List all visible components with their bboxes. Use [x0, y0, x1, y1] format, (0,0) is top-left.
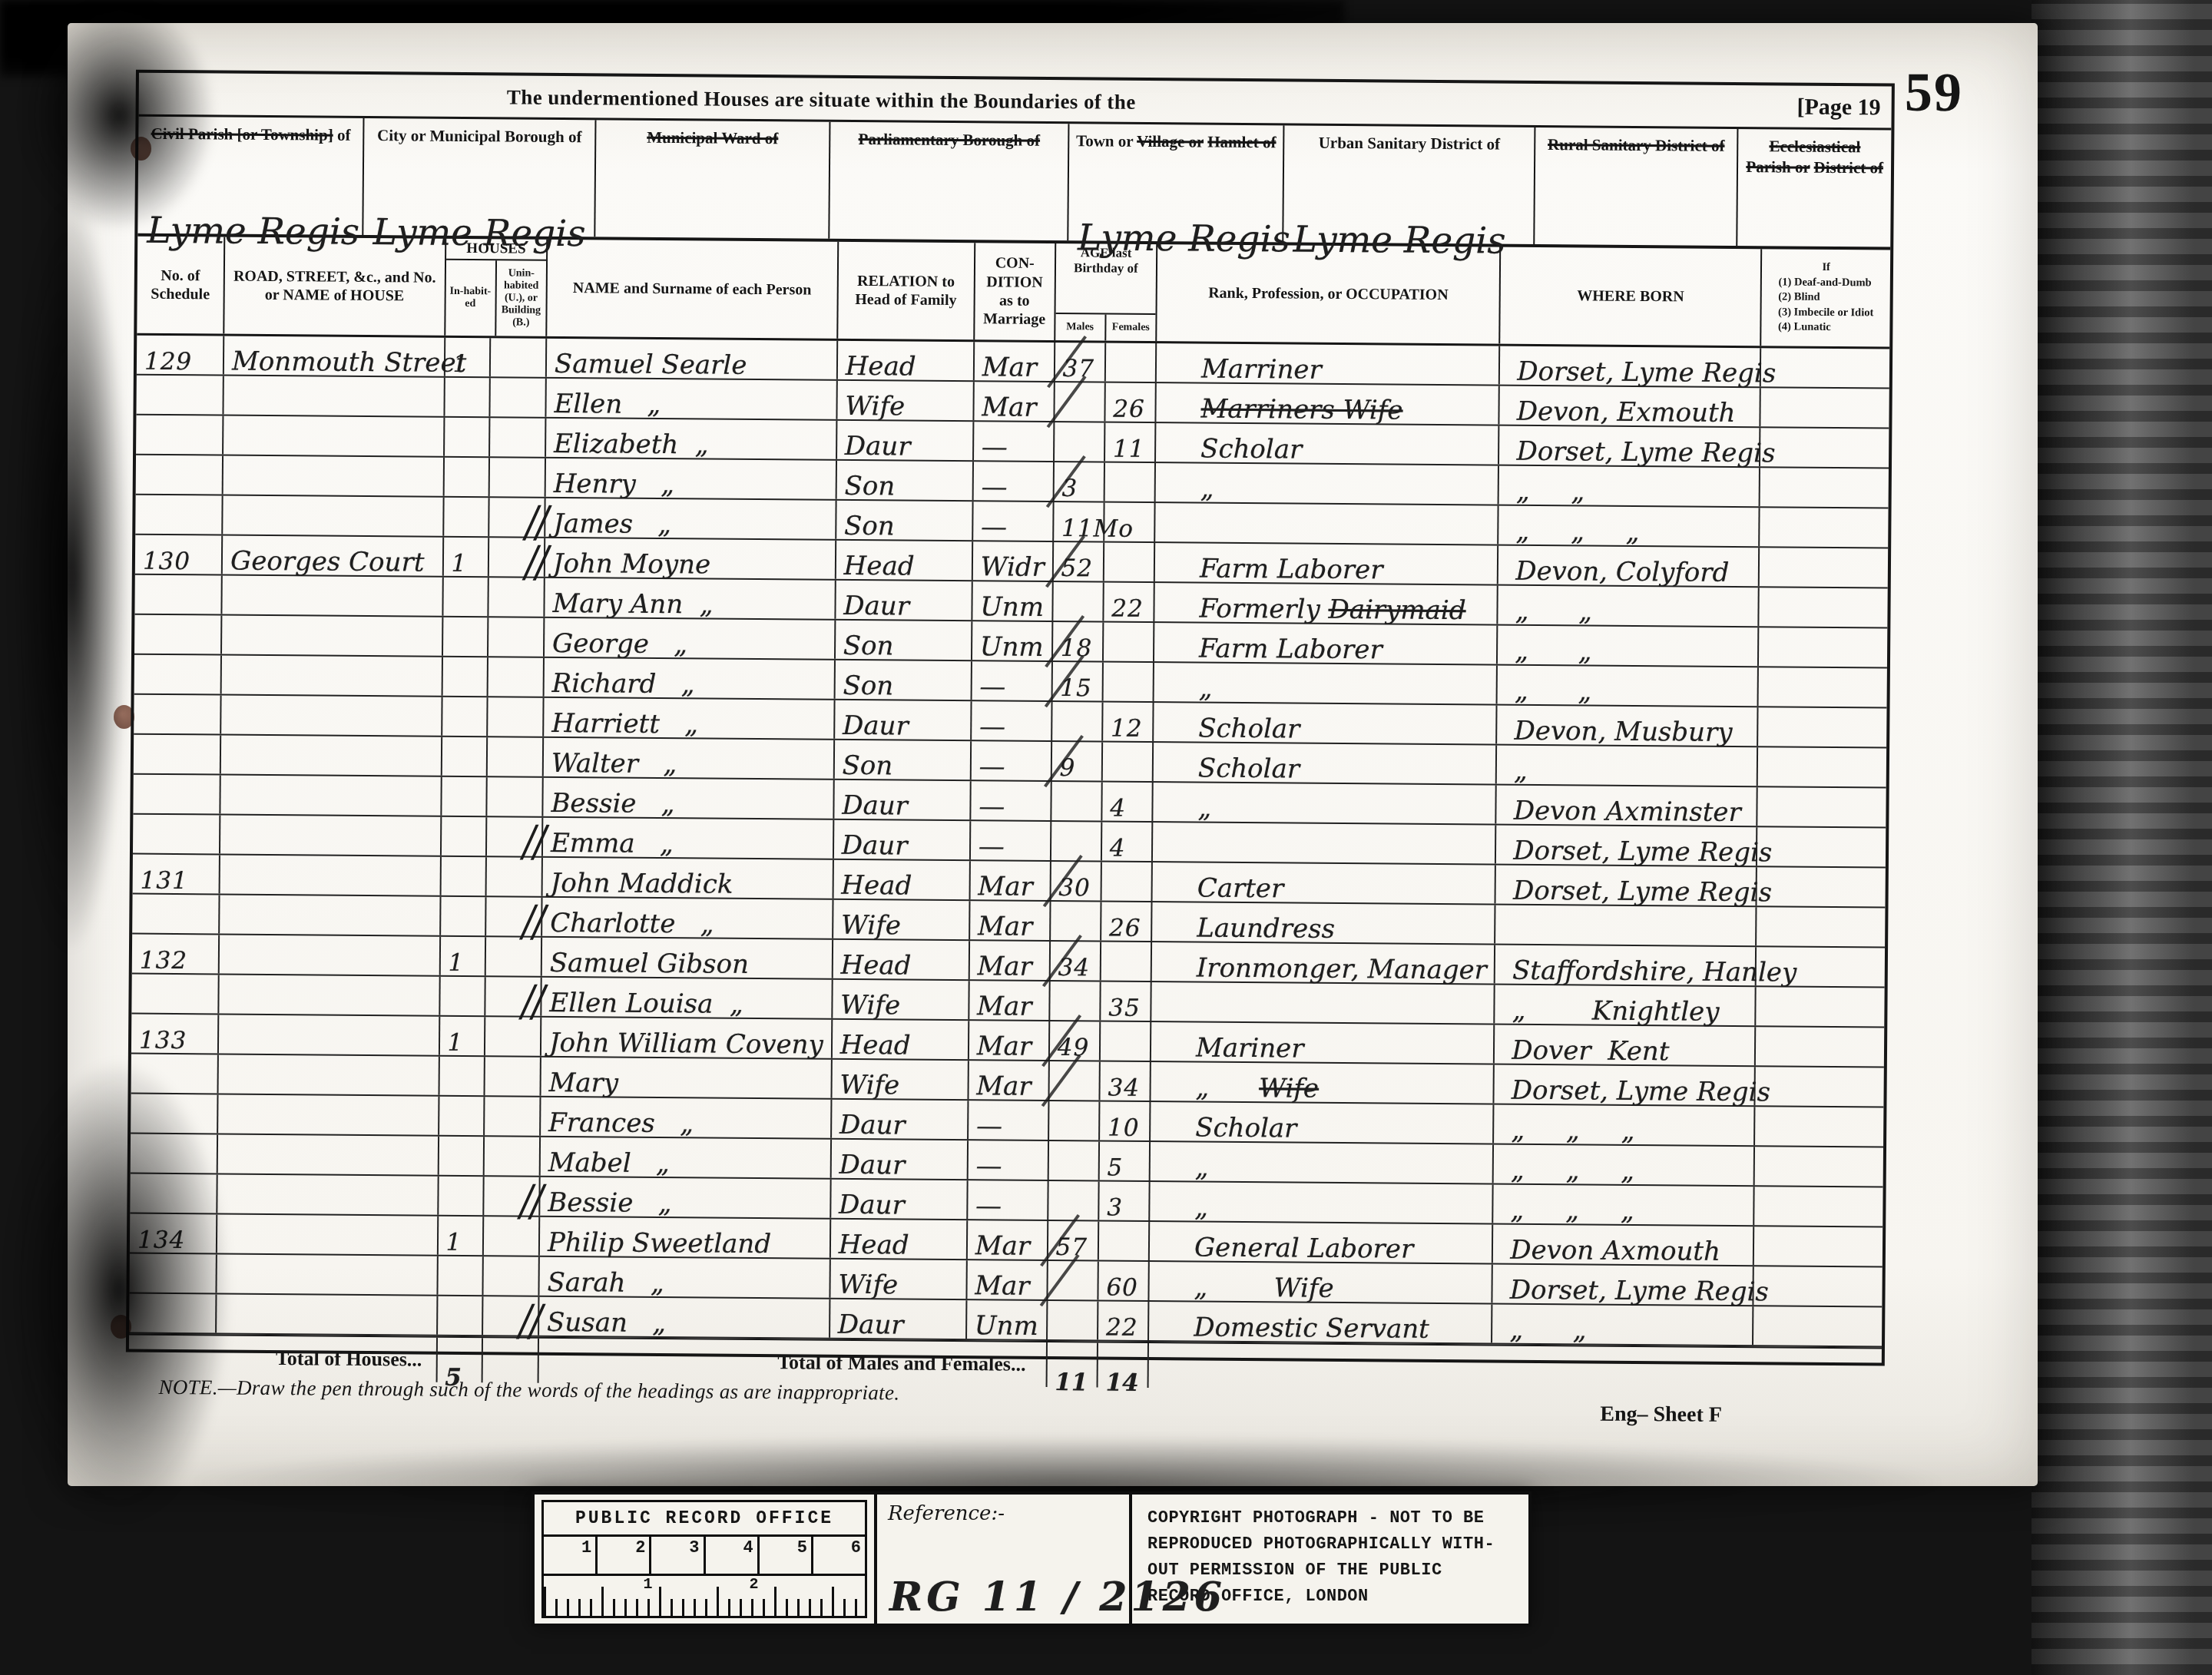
where-born-cell: „ „ „: [1499, 506, 1760, 547]
road-cell: [223, 496, 444, 536]
age-males-cell: 57: [1048, 1221, 1100, 1260]
road-cell: [220, 816, 442, 856]
uninhabited-cell: [490, 418, 546, 457]
age-females-cell: [1103, 743, 1154, 782]
infirmity-cell: [1755, 1187, 1883, 1226]
age-males-cell: [1052, 702, 1104, 741]
age-females-cell: [1104, 543, 1156, 582]
where-born-cell: „ Knightley: [1495, 985, 1757, 1026]
schedule-cell: 132: [132, 935, 220, 974]
condition-cell: —: [972, 701, 1052, 740]
relation-cell: Head: [833, 1020, 969, 1059]
header-inhabited: In-habit-ed: [445, 260, 497, 336]
boundary-value: Lyme Regis: [1078, 217, 1290, 260]
name-cell: Ellen „: [546, 379, 837, 419]
relation-cell: Son: [835, 660, 972, 700]
age-females-cell: [1104, 463, 1156, 502]
uninhabited-cell: [490, 458, 546, 497]
relation-cell: Wife: [830, 1260, 967, 1299]
age-females-cell: [1101, 942, 1153, 981]
name-cell: Bessie „: [543, 778, 834, 819]
age-females-cell: [1103, 663, 1154, 702]
road-cell: [220, 776, 442, 816]
infirmity-cell: [1759, 627, 1887, 667]
age-males-cell: 34: [1050, 942, 1101, 981]
age-males-cell: [1055, 382, 1106, 422]
where-born-cell: Dorset, Lyme Regis: [1496, 866, 1757, 906]
relation-cell: Daur: [831, 1140, 968, 1179]
condition-cell: Mar: [967, 1260, 1048, 1299]
occupation-cell: Marriner: [1157, 343, 1501, 385]
relation-cell: Wife: [837, 381, 974, 420]
inhabited-cell: [438, 1256, 484, 1295]
total-males-value: 11: [1055, 1372, 1088, 1395]
occupation-cell: „: [1150, 1182, 1494, 1223]
name-cell: George „: [545, 618, 836, 659]
age-males-cell: [1050, 981, 1101, 1021]
age-males-cell: 49: [1050, 1021, 1101, 1061]
occupation-cell: „: [1153, 783, 1497, 824]
where-born-cell: „: [1497, 746, 1758, 786]
inhabited-cell: [443, 578, 489, 616]
header-infirmity: If(1) Deaf-and-Dumb(2) Blind(3) Imbecile…: [1762, 249, 1891, 346]
occupation-cell: [1155, 503, 1499, 545]
schedule-cell: 133: [131, 1015, 219, 1054]
age-males-cell: [1048, 1141, 1100, 1180]
age-males-cell: 15: [1052, 662, 1104, 701]
condition-cell: —: [969, 1101, 1049, 1140]
inhabited-cell: [441, 857, 487, 895]
reference-value: RG 11 / 2126: [889, 1574, 1226, 1620]
uninhabited-cell: [491, 338, 547, 377]
relation-cell: Daur: [830, 1299, 967, 1339]
name-cell: James „: [545, 498, 836, 539]
condition-cell: —: [972, 741, 1052, 780]
uninhabited-cell: [485, 1017, 541, 1056]
road-cell: [219, 975, 440, 1015]
pro-scale-number: 5: [760, 1537, 813, 1574]
relation-cell: Daur: [832, 1100, 969, 1139]
condition-cell: —: [974, 422, 1055, 461]
relation-cell: Son: [836, 621, 972, 660]
pro-scale-cells: 123456: [544, 1537, 865, 1576]
infirmity-cell: [1757, 827, 1886, 866]
infirmity-cell: [1759, 667, 1887, 707]
boundary-label: Parliamentary Borough of: [831, 129, 1068, 152]
scan-blot: [14, 200, 129, 952]
age-females-cell: 35: [1101, 982, 1152, 1021]
census-table: The undermentioned Houses are situate wi…: [126, 70, 1895, 1366]
road-cell: Georges Court: [223, 536, 444, 576]
where-born-cell: Devon, Exmouth: [1500, 386, 1761, 427]
where-born-cell: Devon, Colyford: [1498, 546, 1760, 587]
pro-scale-number: 1: [544, 1537, 598, 1574]
relation-cell: Head: [838, 341, 975, 380]
age-males-cell: 30: [1051, 862, 1102, 901]
occupation-cell: Farm Laborer: [1154, 623, 1498, 664]
road-cell: [217, 1215, 439, 1255]
relation-cell: Head: [831, 1220, 968, 1259]
name-cell: Walter „: [544, 738, 835, 779]
name-cell: Samuel Gibson: [542, 938, 833, 978]
infirmity-cell: [1758, 747, 1886, 786]
age-females-cell: 5: [1100, 1142, 1151, 1181]
condition-cell: —: [968, 1140, 1048, 1180]
infirmity-cell: [1757, 947, 1885, 986]
age-females-cell: 11: [1105, 423, 1157, 462]
boundary-column-4: Parliamentary Borough of: [830, 122, 1070, 240]
where-born-cell: Dorset, Lyme Regis: [1499, 426, 1760, 467]
inhabited-cell: 1: [440, 937, 486, 975]
pro-scale-number: 3: [651, 1537, 705, 1574]
condition-cell: —: [971, 781, 1051, 820]
age-females-cell: 4: [1102, 823, 1154, 862]
schedule-cell: [136, 376, 224, 415]
occupation-cell: Scholar: [1156, 423, 1500, 465]
relation-cell: Wife: [833, 900, 970, 939]
pro-scale-number: 6: [813, 1537, 865, 1574]
condition-cell: Unm: [972, 621, 1053, 660]
name-cell: Ellen Louisa „: [541, 978, 833, 1018]
age-females-cell: 22: [1104, 583, 1155, 622]
infirmity-cell: [1756, 1027, 1884, 1066]
age-females-cell: 10: [1100, 1102, 1151, 1141]
inhabited-cell: [442, 777, 488, 816]
age-males-cell: [1051, 782, 1103, 821]
uninhabited-cell: [488, 657, 545, 697]
condition-cell: Mar: [968, 1220, 1048, 1260]
inhabited-cell: [439, 1177, 485, 1215]
schedule-cell: 130: [135, 535, 223, 574]
boundary-label: Ecclesiastical Parish or District of: [1738, 136, 1891, 179]
schedule-cell: [133, 775, 220, 814]
occupation-cell: „: [1156, 463, 1500, 505]
name-cell: Mary Ann „: [545, 578, 836, 619]
infirmity-cell: [1760, 428, 1889, 467]
where-born-cell: „ „: [1498, 666, 1759, 707]
inhabited-cell: [443, 617, 489, 656]
schedule-cell: 129: [137, 336, 224, 375]
inhabited-cell: [439, 1057, 485, 1095]
where-born-cell: Dover Kent: [1495, 1025, 1756, 1066]
schedule-cell: 131: [133, 855, 220, 894]
where-born-cell: Dorset, Lyme Regis: [1500, 346, 1761, 387]
condition-cell: Mar: [975, 342, 1055, 381]
uninhabited-cell: [488, 697, 544, 737]
pro-office-name: PUBLIC RECORD OFFICE: [544, 1502, 865, 1537]
inhabited-cell: 1: [445, 338, 491, 376]
schedule-cell: [134, 735, 221, 774]
inhabited-cell: [441, 897, 487, 935]
condition-cell: Mar: [969, 1061, 1049, 1100]
pro-stamp: PUBLIC RECORD OFFICE 123456 1 2 Referenc…: [531, 1491, 1532, 1627]
relation-cell: Son: [835, 740, 972, 780]
condition-cell: Unm: [972, 581, 1053, 621]
age-females-cell: [1099, 1222, 1151, 1261]
occupation-cell: Formerly Dairymaid: [1154, 583, 1498, 624]
condition-cell: —: [973, 502, 1054, 541]
reference-label: Reference:-: [888, 1502, 1118, 1525]
boundary-column-7: Rural Sanitary District of: [1535, 127, 1739, 246]
road-cell: [221, 736, 442, 776]
where-born-cell: [1495, 905, 1757, 946]
boundary-value: Lyme Regis: [373, 211, 585, 255]
road-cell: [223, 576, 444, 616]
boundary-value: Lyme Regis: [1293, 218, 1505, 262]
occupation-cell: Marriners Wife: [1156, 383, 1500, 425]
infirmity-cell: [1761, 348, 1889, 387]
age-males-cell: 11Mo: [1054, 502, 1105, 541]
occupation-cell: [1153, 823, 1497, 864]
age-females-cell: 60: [1098, 1262, 1150, 1301]
boundary-column-3: Municipal Ward of: [595, 120, 831, 238]
infirmity-cell: [1756, 1067, 1884, 1106]
road-cell: [220, 895, 441, 935]
total-uninhabited-cell: [483, 1338, 539, 1383]
name-cell: Emma „: [543, 818, 834, 859]
name-cell: Harriett „: [544, 698, 835, 739]
inhabited-cell: [444, 458, 490, 496]
copyright-line: COPYRIGHT PHOTOGRAPH - NOT TO BE: [1147, 1508, 1484, 1528]
header-males: Males: [1055, 314, 1106, 341]
name-cell: John Moyne: [545, 538, 836, 579]
occupation-cell: Mariner: [1151, 1022, 1495, 1064]
infirmity-cell: [1760, 468, 1889, 507]
pro-ruler-ticks: 1 2: [544, 1576, 865, 1616]
inhabited-cell: [442, 817, 488, 856]
table-body: 129Monmouth Street1Samuel SearleHeadMar3…: [129, 336, 1889, 1348]
inhabited-cell: [442, 697, 488, 736]
condition-cell: —: [968, 1180, 1048, 1220]
condition-cell: Mar: [969, 981, 1050, 1020]
relation-cell: Wife: [833, 980, 969, 1019]
condition-cell: Mar: [970, 861, 1051, 900]
age-males-cell: 3: [1054, 462, 1105, 502]
infirmity-cell: [1757, 987, 1885, 1026]
condition-cell: Mar: [970, 901, 1051, 940]
schedule-cell: [134, 615, 222, 654]
header-infirmity-lines: If(1) Deaf-and-Dumb(2) Blind(3) Imbecile…: [1778, 260, 1874, 336]
inhabited-cell: 1: [439, 1217, 485, 1255]
total-females-value: 14: [1105, 1372, 1138, 1395]
occupation-cell: „ Wife: [1150, 1262, 1494, 1303]
total-houses-cell: 5: [437, 1338, 483, 1382]
age-females-cell: [1101, 862, 1153, 902]
relation-cell: Son: [836, 501, 973, 540]
schedule-cell: [131, 975, 219, 1014]
uninhabited-cell: [484, 1217, 540, 1256]
infirmity-cell: [1758, 707, 1886, 746]
age-females-cell: [1101, 1022, 1152, 1061]
schedule-cell: [134, 695, 221, 734]
road-cell: [217, 1295, 438, 1335]
schedule-cell: [134, 655, 222, 694]
census-paper-sheet: 59 The undermentioned Houses are situate…: [68, 23, 2038, 1486]
age-females-cell: 26: [1101, 902, 1153, 942]
road-cell: [218, 1095, 439, 1135]
road-cell: [222, 616, 443, 656]
relation-cell: Daur: [837, 421, 974, 460]
where-born-cell: „ „: [1492, 1305, 1753, 1346]
age-males-cell: [1053, 582, 1104, 621]
age-females-cell: [1104, 503, 1156, 542]
relation-cell: Head: [833, 940, 969, 979]
schedule-cell: [136, 455, 224, 495]
infirmity-cell: [1754, 1226, 1883, 1266]
uninhabited-cell: [487, 857, 543, 896]
road-cell: [220, 856, 442, 895]
road-cell: [217, 1255, 439, 1295]
age-males-cell: [1048, 1301, 1099, 1340]
schedule-cell: [132, 895, 220, 934]
schedule-cell: [133, 815, 220, 854]
name-cell: Mabel „: [541, 1137, 832, 1178]
folio-number: 59: [1904, 61, 1963, 125]
where-born-cell: Devon, Musbury: [1497, 706, 1758, 746]
inhabited-cell: [438, 1296, 484, 1335]
age-females-cell: [1106, 343, 1157, 382]
occupation-cell: Scholar: [1151, 1102, 1495, 1144]
condition-cell: Widr: [973, 541, 1054, 581]
uninhabited-cell: [488, 737, 544, 776]
inhabited-cell: [445, 418, 491, 456]
relation-cell: Daur: [835, 700, 972, 740]
relation-cell: Daur: [836, 581, 972, 620]
infirmity-cell: [1760, 548, 1888, 587]
occupation-cell: Scholar: [1154, 703, 1498, 744]
pro-scale-number: 2: [598, 1537, 651, 1574]
age-females-cell: 4: [1102, 783, 1154, 822]
age-females-cell: 34: [1100, 1062, 1151, 1101]
boundary-column-6: Urban Sanitary District ofLyme Regis: [1284, 125, 1535, 244]
road-cell: [224, 416, 445, 456]
pro-ruler-box: PUBLIC RECORD OFFICE 123456 1 2: [535, 1495, 877, 1624]
occupation-cell: Ironmonger, Manager: [1152, 942, 1496, 984]
boundary-label: Urban Sanitary District of: [1285, 132, 1535, 155]
total-females-cell: 14: [1098, 1343, 1149, 1389]
sheet-label: Eng– Sheet F: [1600, 1402, 1722, 1428]
uninhabited-cell: [485, 1137, 541, 1176]
uninhabited-cell: [483, 1256, 539, 1296]
uninhabited-cell: [485, 1097, 541, 1136]
infirmity-cell: [1760, 588, 1888, 627]
name-cell: Bessie „: [540, 1177, 831, 1218]
condition-cell: Unm: [967, 1300, 1048, 1339]
name-cell: Mary: [541, 1058, 832, 1098]
relation-cell: Daur: [834, 780, 971, 819]
pro-reference-box: Reference:- RG 11 / 2126: [877, 1495, 1132, 1624]
age-males-cell: [1051, 822, 1103, 861]
road-cell: [224, 376, 445, 416]
age-males-cell: [1055, 422, 1106, 462]
age-males-cell: [1049, 1061, 1101, 1101]
schedule-cell: [136, 415, 224, 455]
header-where-born: WHERE BORN: [1501, 247, 1763, 346]
census-scan-page: { "page": { "folio_number": "59", "page_…: [0, 0, 2212, 1675]
name-cell: Frances „: [541, 1097, 832, 1138]
pro-inch-number: 1: [644, 1576, 653, 1594]
condition-cell: Mar: [969, 941, 1050, 980]
inhabited-cell: 1: [440, 1017, 486, 1055]
road-cell: [218, 1135, 439, 1175]
occupation-cell: Laundress: [1152, 902, 1496, 944]
infirmity-cell: [1755, 1107, 1883, 1146]
boundary-column-2: City or Municipal Borough ofLyme Regis: [364, 118, 596, 237]
name-cell: Sarah „: [539, 1257, 830, 1298]
inhabited-cell: [439, 1137, 485, 1175]
relation-cell: Son: [836, 461, 973, 500]
inhabited-cell: 1: [443, 538, 489, 576]
uninhabited-cell: [488, 578, 545, 617]
copyright-line: REPRODUCED PHOTOGRAPHICALLY WITH-: [1147, 1534, 1495, 1554]
total-males-cell: 11: [1047, 1342, 1098, 1388]
boundary-label: Rural Sanitary District of: [1535, 134, 1737, 157]
totals-empty-area: [1149, 1343, 1882, 1393]
age-females-cell: [1104, 623, 1155, 662]
age-males-cell: 52: [1054, 542, 1105, 581]
boundary-column-8: Ecclesiastical Parish or District of: [1738, 129, 1892, 247]
road-cell: [221, 696, 442, 736]
age-females-cell: 22: [1098, 1302, 1150, 1341]
occupation-cell: Farm Laborer: [1155, 543, 1499, 584]
scan-blot: [23, 0, 215, 230]
occupation-cell: Scholar: [1154, 743, 1498, 784]
name-cell: Charlotte „: [542, 898, 833, 938]
road-cell: [224, 456, 445, 496]
header-name: NAME and Surname of each Person: [547, 240, 839, 339]
age-females-cell: 12: [1103, 703, 1154, 742]
infirmity-cell: [1761, 388, 1889, 427]
age-females-cell: 26: [1105, 383, 1157, 422]
infirmity-cell: [1753, 1306, 1882, 1346]
inhabited-cell: [442, 737, 488, 776]
scan-right-margin: [2032, 0, 2212, 1675]
inhabited-cell: [439, 1097, 485, 1135]
condition-cell: —: [973, 462, 1054, 501]
inhabited-cell: [445, 378, 491, 416]
inhabited-cell: [440, 977, 486, 1015]
infirmity-cell: [1757, 867, 1886, 906]
road-cell: Monmouth Street: [224, 336, 445, 376]
road-cell: [219, 1055, 440, 1095]
infirmity-cell: [1757, 907, 1885, 946]
relation-cell: Daur: [834, 820, 971, 859]
where-born-cell: Dorset, Lyme Regis: [1496, 826, 1757, 866]
condition-cell: Mar: [969, 1021, 1050, 1060]
condition-cell: —: [971, 821, 1051, 860]
uninhabited-cell: [485, 1057, 541, 1096]
age-males-cell: [1048, 1261, 1099, 1300]
occupation-cell: „: [1154, 663, 1498, 704]
where-born-cell: Staffordshire, Hanley: [1495, 945, 1757, 986]
relation-cell: Wife: [832, 1060, 969, 1099]
where-born-cell: „ „: [1498, 626, 1759, 667]
age-males-cell: 18: [1053, 622, 1104, 661]
occupation-cell: Carter: [1153, 862, 1497, 904]
census-form: 59 The undermentioned Houses are situate…: [60, 17, 2041, 1495]
occupation-cell: General Laborer: [1150, 1222, 1494, 1263]
name-cell: John Maddick: [543, 858, 834, 899]
where-born-cell: „ „ „: [1494, 1185, 1755, 1226]
header-uninhabited: Unin-habited (U.), or Building (B.): [496, 260, 546, 336]
road-cell: [222, 656, 443, 696]
pro-inch-number: 2: [750, 1576, 759, 1594]
relation-cell: Head: [833, 860, 970, 899]
name-cell: Richard „: [545, 658, 836, 699]
age-females-cell: 3: [1099, 1182, 1151, 1221]
inhabited-cell: [444, 498, 490, 536]
road-cell: [219, 1015, 440, 1055]
